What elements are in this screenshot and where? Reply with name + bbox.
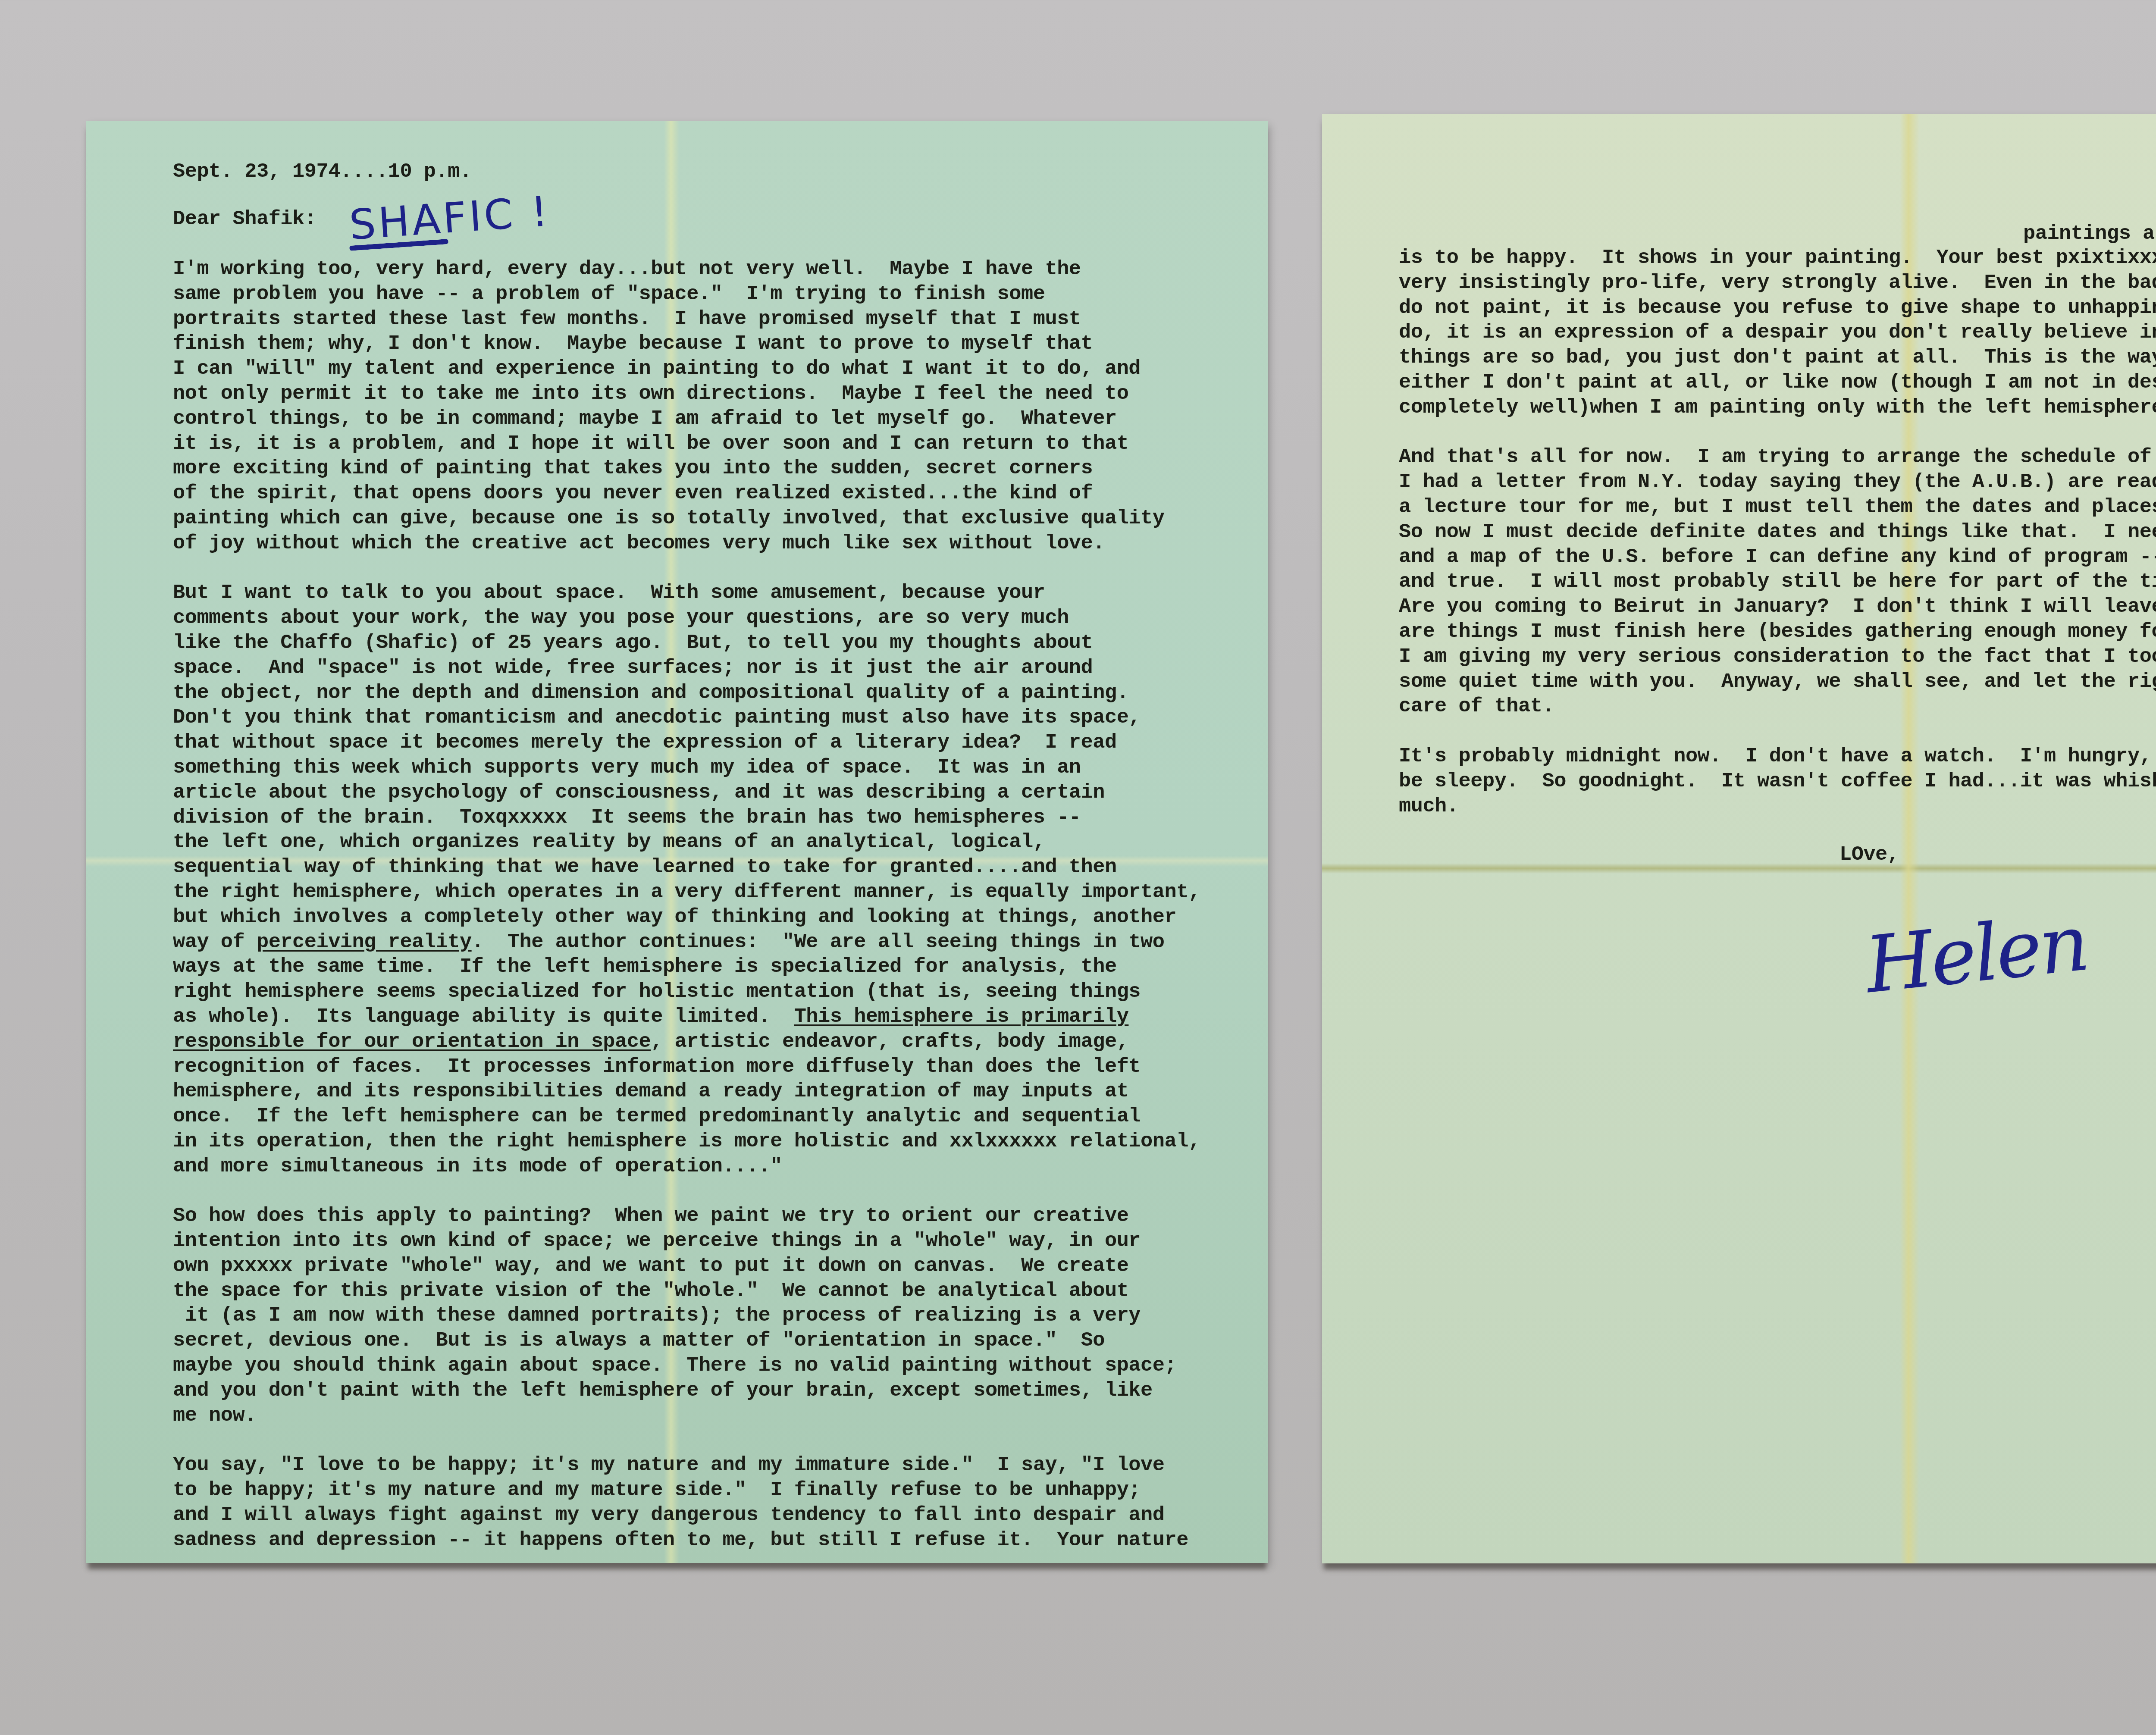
page2-body: is to be happy. It shows in your paintin… <box>1399 246 2156 819</box>
signature: Helen <box>1861 898 2091 1011</box>
dateline: Sept. 23, 1974....10 p.m. <box>173 160 472 185</box>
letter-page-2: paintings are paeans of joy, is to be ha… <box>1322 114 2156 1563</box>
page1-body: I'm working too, very hard, every day...… <box>173 257 1200 1553</box>
handwritten-correction: SHAFIC ! <box>348 187 552 249</box>
letter-page-1: Sept. 23, 1974....10 p.m. Dear Shafik: S… <box>86 121 1268 1563</box>
closing: LOve, <box>1839 842 1899 867</box>
underlined-phrase: perceiving reality <box>257 931 472 954</box>
underlined-phrase: This hemisphere is primarily <box>794 1005 1129 1028</box>
inserted-line: paintings are paeans of joy, <box>2023 222 2156 247</box>
underlined-phrase: responsible for our orientation in space <box>173 1030 651 1053</box>
salutation: Dear Shafik: <box>173 207 316 232</box>
